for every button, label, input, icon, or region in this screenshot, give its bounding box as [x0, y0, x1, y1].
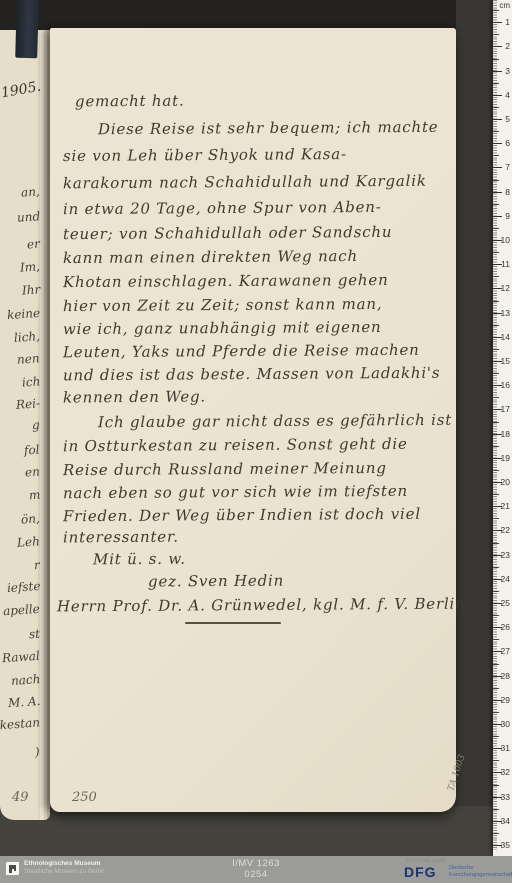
ruler-cm-number: 3 — [505, 67, 510, 75]
ruler-half-cm-tick — [493, 204, 499, 205]
line-fragment: nen — [17, 351, 40, 367]
institution-line2: Staatliche Museen zu Berlin — [24, 868, 105, 876]
ruler-cm-number: 10 — [501, 236, 510, 244]
ruler-cm-number: 1 — [505, 18, 510, 26]
ruler-cm-number: 21 — [501, 502, 510, 510]
ruler-cm-number: 22 — [501, 526, 510, 534]
ruler-cm-number: 23 — [501, 551, 510, 559]
letter-line: Frieden. Der Weg über Indien ist doch vi… — [63, 505, 421, 525]
letter-line: Mit ü. s. w. — [93, 550, 186, 569]
line-fragment: nach — [10, 672, 40, 688]
ruler-half-cm-tick — [493, 664, 499, 665]
line-fragment: fol — [24, 442, 40, 457]
line-fragment: st — [29, 627, 41, 642]
ruler-cm-number: 16 — [501, 381, 510, 389]
ruler-cm-tick — [493, 192, 502, 193]
ruler-half-cm-tick — [493, 470, 499, 471]
archive-reference-page: 0254 — [176, 869, 336, 880]
museum-logo-icon — [6, 862, 19, 875]
ruler-cm-number: 7 — [505, 163, 510, 171]
scan-background-top — [0, 0, 512, 30]
ruler-cm-number: 6 — [505, 139, 510, 147]
line-fragment: r — [34, 558, 41, 572]
ruler-cm-number: 15 — [501, 357, 510, 365]
ruler-half-cm-tick — [493, 712, 499, 713]
letter-line: kann man einen direkten Weg nach — [63, 247, 358, 267]
line-fragment: g — [32, 418, 41, 433]
ruler-half-cm-tick — [493, 301, 499, 302]
ruler-cm-tick — [493, 167, 502, 168]
scan-background-right — [456, 0, 493, 856]
ruler-half-cm-tick — [493, 785, 499, 786]
line-fragment: M. A. — [7, 694, 40, 710]
ruler-cm-number: 20 — [501, 478, 510, 486]
line-fragment: ön, — [21, 511, 41, 526]
letter-line: interessanter. — [63, 528, 179, 547]
ruler-cm-number: 17 — [501, 405, 510, 413]
letter-line: in etwa 20 Tage, ohne Spur von Aben- — [63, 198, 382, 218]
ruler-cm-number: 27 — [501, 647, 510, 655]
ruler-half-cm-tick — [493, 180, 499, 181]
ruler-half-cm-tick — [493, 639, 499, 640]
ruler-half-cm-tick — [493, 252, 499, 253]
letter-line: karakorum nach Schahidullah und Kargalik — [63, 172, 427, 193]
letter-line: hier von Zeit zu Zeit; sonst kann man, — [63, 295, 383, 315]
ruler-half-cm-tick — [493, 809, 499, 810]
line-fragment: m — [28, 488, 40, 503]
line-fragment: lich, — [14, 329, 41, 345]
dfg-name-line2: Forschungsgemeinschaft — [449, 872, 512, 879]
ruler-half-cm-tick — [493, 397, 499, 398]
archive-footer-bar: Ethnologisches Museum Staatliche Museen … — [0, 856, 512, 883]
ruler-half-cm-tick — [493, 59, 499, 60]
letter-line: gemacht hat. — [75, 92, 185, 111]
ruler-cm-number: 12 — [501, 284, 510, 292]
ruler-cm-number: 24 — [501, 575, 510, 583]
line-fragment: er — [27, 237, 41, 252]
ruler-half-cm-tick — [493, 760, 499, 761]
ruler-cm-tick — [493, 22, 502, 23]
archival-scan-viewer: 1905. an,underIm,Ihrkeinelich,nenichRei-… — [0, 0, 512, 883]
ruler-cm-number: 25 — [501, 599, 510, 607]
line-fragment: Ihr — [21, 282, 40, 297]
ruler-half-cm-tick — [493, 422, 499, 423]
ruler-cm-number: 19 — [501, 454, 510, 462]
letter-line: und dies ist das beste. Massen von Ladak… — [63, 364, 440, 385]
ruler-cm-number: 33 — [501, 793, 510, 801]
ruler-cm-number: 31 — [501, 744, 510, 752]
ruler-cm-tick — [493, 71, 502, 72]
ruler-cm-number: 8 — [505, 188, 510, 196]
ruler-half-cm-tick — [493, 567, 499, 568]
line-fragment: en — [25, 464, 41, 479]
ruler-half-cm-tick — [493, 83, 499, 84]
ruler-cm-number: 32 — [501, 768, 510, 776]
ruler-half-cm-tick — [493, 10, 499, 11]
year-note: 1905. — [0, 79, 42, 102]
ruler-cm-number: 18 — [501, 430, 510, 438]
ruler-cm-number: 11 — [501, 260, 510, 268]
ruler-cm-number: 5 — [505, 115, 510, 123]
ruler-cm-tick — [493, 143, 502, 144]
letter-line: nach eben so gut vor sich wie im tiefste… — [63, 482, 408, 502]
ruler-half-cm-tick — [493, 276, 499, 277]
ruler-half-cm-tick — [493, 107, 499, 108]
ruler-unit-label: cm — [499, 1, 510, 10]
ruler-half-cm-tick — [493, 325, 499, 326]
ruler-cm-number: 29 — [501, 696, 510, 704]
line-fragment: iefste — [6, 579, 40, 595]
ruler-half-cm-tick — [493, 518, 499, 519]
line-fragment: ich — [21, 374, 40, 389]
ruler-half-cm-tick — [493, 736, 499, 737]
dfg-name: Deutsche Forschungsgemeinschaft — [449, 865, 512, 878]
letter-line: Khotan einschlagen. Karawanen gehen — [63, 271, 389, 291]
ruler-cm-number: 34 — [501, 817, 510, 825]
ruler-half-cm-tick — [493, 615, 499, 616]
institution-name: Ethnologisches Museum Staatliche Museen … — [24, 860, 105, 875]
letter-line: Diese Reise ist sehr bequem; ich machte — [98, 118, 439, 138]
ruler-cm-number: 14 — [501, 333, 510, 341]
line-fragment: Rawal — [2, 649, 41, 666]
ruler-half-cm-tick — [493, 688, 499, 689]
letter-line: kennen den Weg. — [63, 388, 206, 407]
line-fragment: und — [16, 209, 40, 225]
ruler-half-cm-tick — [493, 833, 499, 834]
letter-line: wie ich, ganz unabhängig mit eigenen — [63, 318, 382, 338]
ruler-cm-tick — [493, 119, 502, 120]
signature-divider-line — [185, 622, 281, 624]
ruler-half-cm-tick — [493, 349, 499, 350]
line-fragment: rkestan — [0, 715, 40, 732]
ruler-half-cm-tick — [493, 494, 499, 495]
letter-line: sie von Leh über Shyok und Kasa- — [63, 145, 347, 165]
letter-line: gez. Sven Hedin — [148, 572, 284, 591]
ruler-cm-number: 26 — [501, 623, 510, 631]
line-fragment: Leh — [17, 534, 41, 550]
letter-line: Herrn Prof. Dr. A. Grünwedel, kgl. M. f.… — [57, 595, 466, 616]
ruler-cm-number: 13 — [501, 309, 510, 317]
ruler-half-cm-tick — [493, 373, 499, 374]
letter-line: Reise durch Russland meiner Meinung — [63, 459, 387, 479]
previous-page-number: 49 — [12, 790, 29, 805]
letter-page: gemacht hat.Diese Reise ist sehr bequem;… — [50, 28, 456, 812]
ruler-cm-tick — [493, 95, 502, 96]
letter-line: Leuten, Yaks und Pferde die Reise machen — [63, 341, 420, 361]
ruler-cm-number: 2 — [505, 42, 510, 50]
dfg-logo: DFG — [404, 864, 437, 880]
ruler-cm-number: 28 — [501, 672, 510, 680]
cm-ruler: cm 1234567891011121314151617181920212223… — [493, 0, 512, 856]
line-fragment: an, — [21, 184, 41, 199]
line-fragment: keine — [7, 306, 41, 322]
page-number: 250 — [72, 790, 97, 805]
archive-reference: I/MV 1263 0254 — [176, 858, 336, 880]
ruler-half-cm-tick — [493, 543, 499, 544]
line-fragment: Im, — [20, 259, 41, 274]
ruler-cm-number: 35 — [501, 841, 510, 849]
previous-page-edge: 1905. an,underIm,Ihrkeinelich,nenichRei-… — [0, 30, 50, 820]
ruler-half-cm-tick — [493, 228, 499, 229]
archive-reference-id: I/MV 1263 — [176, 858, 336, 869]
ruler-half-cm-tick — [493, 131, 499, 132]
letter-line: in Ostturkestan zu reisen. Sonst geht di… — [63, 435, 408, 455]
ruler-cm-tick — [493, 46, 502, 47]
ruler-cm-tick — [493, 216, 502, 217]
ruler-cm-number: 4 — [505, 91, 510, 99]
ruler-half-cm-tick — [493, 591, 499, 592]
institution-line1: Ethnologisches Museum — [24, 860, 105, 868]
ruler-mm-ticks — [493, 0, 497, 850]
ruler-half-cm-tick — [493, 34, 499, 35]
line-fragment: apelle — [3, 602, 41, 619]
ruler-half-cm-tick — [493, 155, 499, 156]
binding-tape — [15, 0, 39, 58]
ruler-cm-number: 30 — [501, 720, 510, 728]
letter-line: teuer; von Schahidullah oder Sandschu — [63, 223, 392, 243]
ruler-half-cm-tick — [493, 446, 499, 447]
line-fragment: ) — [35, 745, 41, 759]
letter-line: Ich glaube gar nicht dass es gefährlich … — [98, 411, 452, 431]
line-fragment: Rei- — [16, 396, 41, 412]
scan-background-bottom — [0, 806, 493, 856]
ruler-cm-number: 9 — [505, 212, 510, 220]
